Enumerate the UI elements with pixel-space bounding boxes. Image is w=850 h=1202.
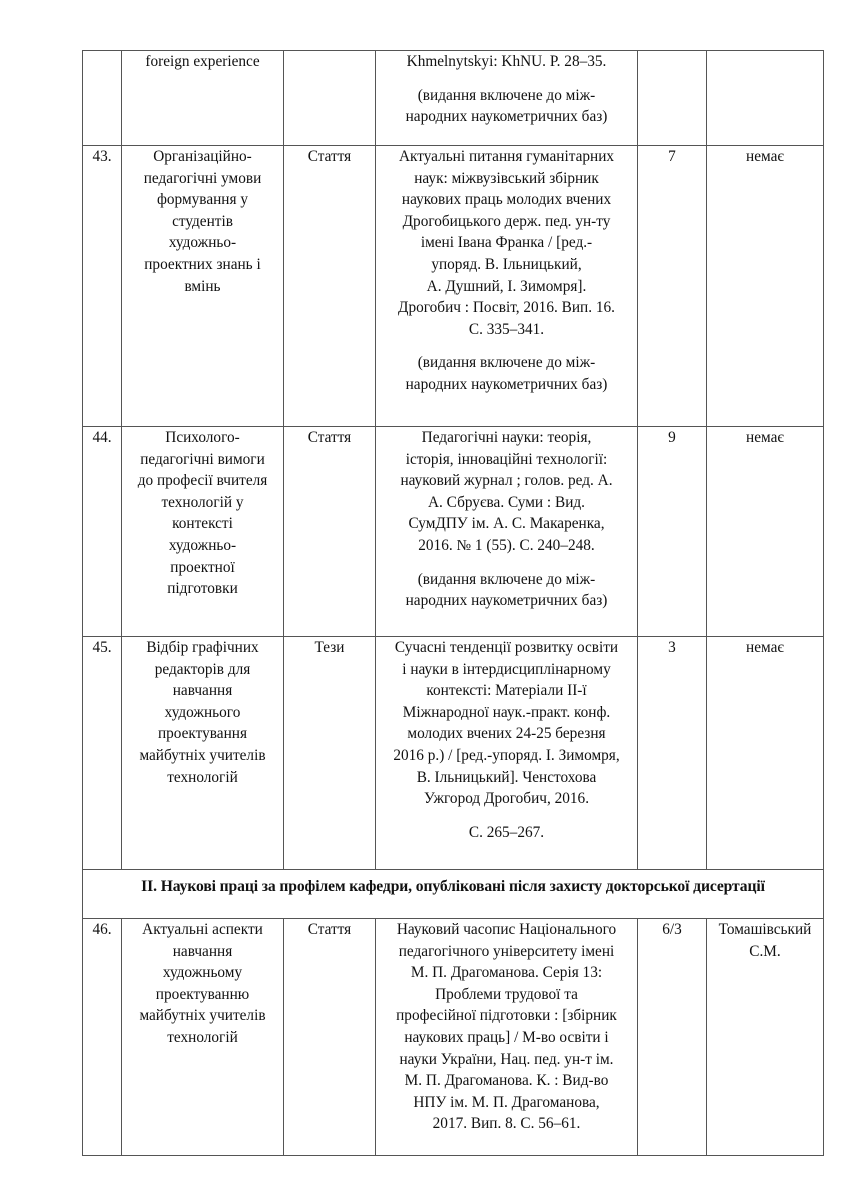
table-row: 43. Організаційно- педагогічні умови фор… <box>83 146 824 427</box>
work-type: Тези <box>284 637 376 870</box>
row-number: 43. <box>83 146 122 427</box>
page-count: 3 <box>638 637 707 870</box>
section-heading: ІІ. Наукові праці за профілем кафедри, о… <box>83 870 824 919</box>
work-title: Психолого- педагогічні вимоги до професі… <box>122 427 284 637</box>
coauthors: немає <box>707 637 824 870</box>
coauthors: Томашівський С.М. <box>707 919 824 1156</box>
section-heading-row: ІІ. Наукові праці за профілем кафедри, о… <box>83 870 824 919</box>
page-count: 9 <box>638 427 707 637</box>
page-count <box>638 51 707 146</box>
work-type: Стаття <box>284 427 376 637</box>
publications-table: foreign experience Khmelnytskyi: KhNU. P… <box>82 50 824 1156</box>
work-type <box>284 51 376 146</box>
work-title: foreign experience <box>122 51 284 146</box>
work-type: Стаття <box>284 919 376 1156</box>
coauthors <box>707 51 824 146</box>
table-row: foreign experience Khmelnytskyi: KhNU. P… <box>83 51 824 146</box>
page-count: 6/3 <box>638 919 707 1156</box>
row-number: 44. <box>83 427 122 637</box>
row-number: 45. <box>83 637 122 870</box>
table-row: 44. Психолого- педагогічні вимоги до про… <box>83 427 824 637</box>
publication-source: Актуальні питання гуманітарних наук: між… <box>376 146 638 427</box>
row-number <box>83 51 122 146</box>
coauthors: немає <box>707 427 824 637</box>
publication-source: Науковий часопис Національного педагогіч… <box>376 919 638 1156</box>
work-title: Актуальні аспекти навчання художньому пр… <box>122 919 284 1156</box>
page-count: 7 <box>638 146 707 427</box>
work-type: Стаття <box>284 146 376 427</box>
publication-source: Педагогічні науки: теорія, історія, інно… <box>376 427 638 637</box>
coauthors: немає <box>707 146 824 427</box>
publication-source: Khmelnytskyi: KhNU. P. 28–35. (видання в… <box>376 51 638 146</box>
work-title: Організаційно- педагогічні умови формува… <box>122 146 284 427</box>
table-row: 46. Актуальні аспекти навчання художньом… <box>83 919 824 1156</box>
table-row: 45. Відбір графічних редакторів для навч… <box>83 637 824 870</box>
row-number: 46. <box>83 919 122 1156</box>
work-title: Відбір графічних редакторів для навчання… <box>122 637 284 870</box>
publication-source: Сучасні тенденції розвитку освіти і наук… <box>376 637 638 870</box>
